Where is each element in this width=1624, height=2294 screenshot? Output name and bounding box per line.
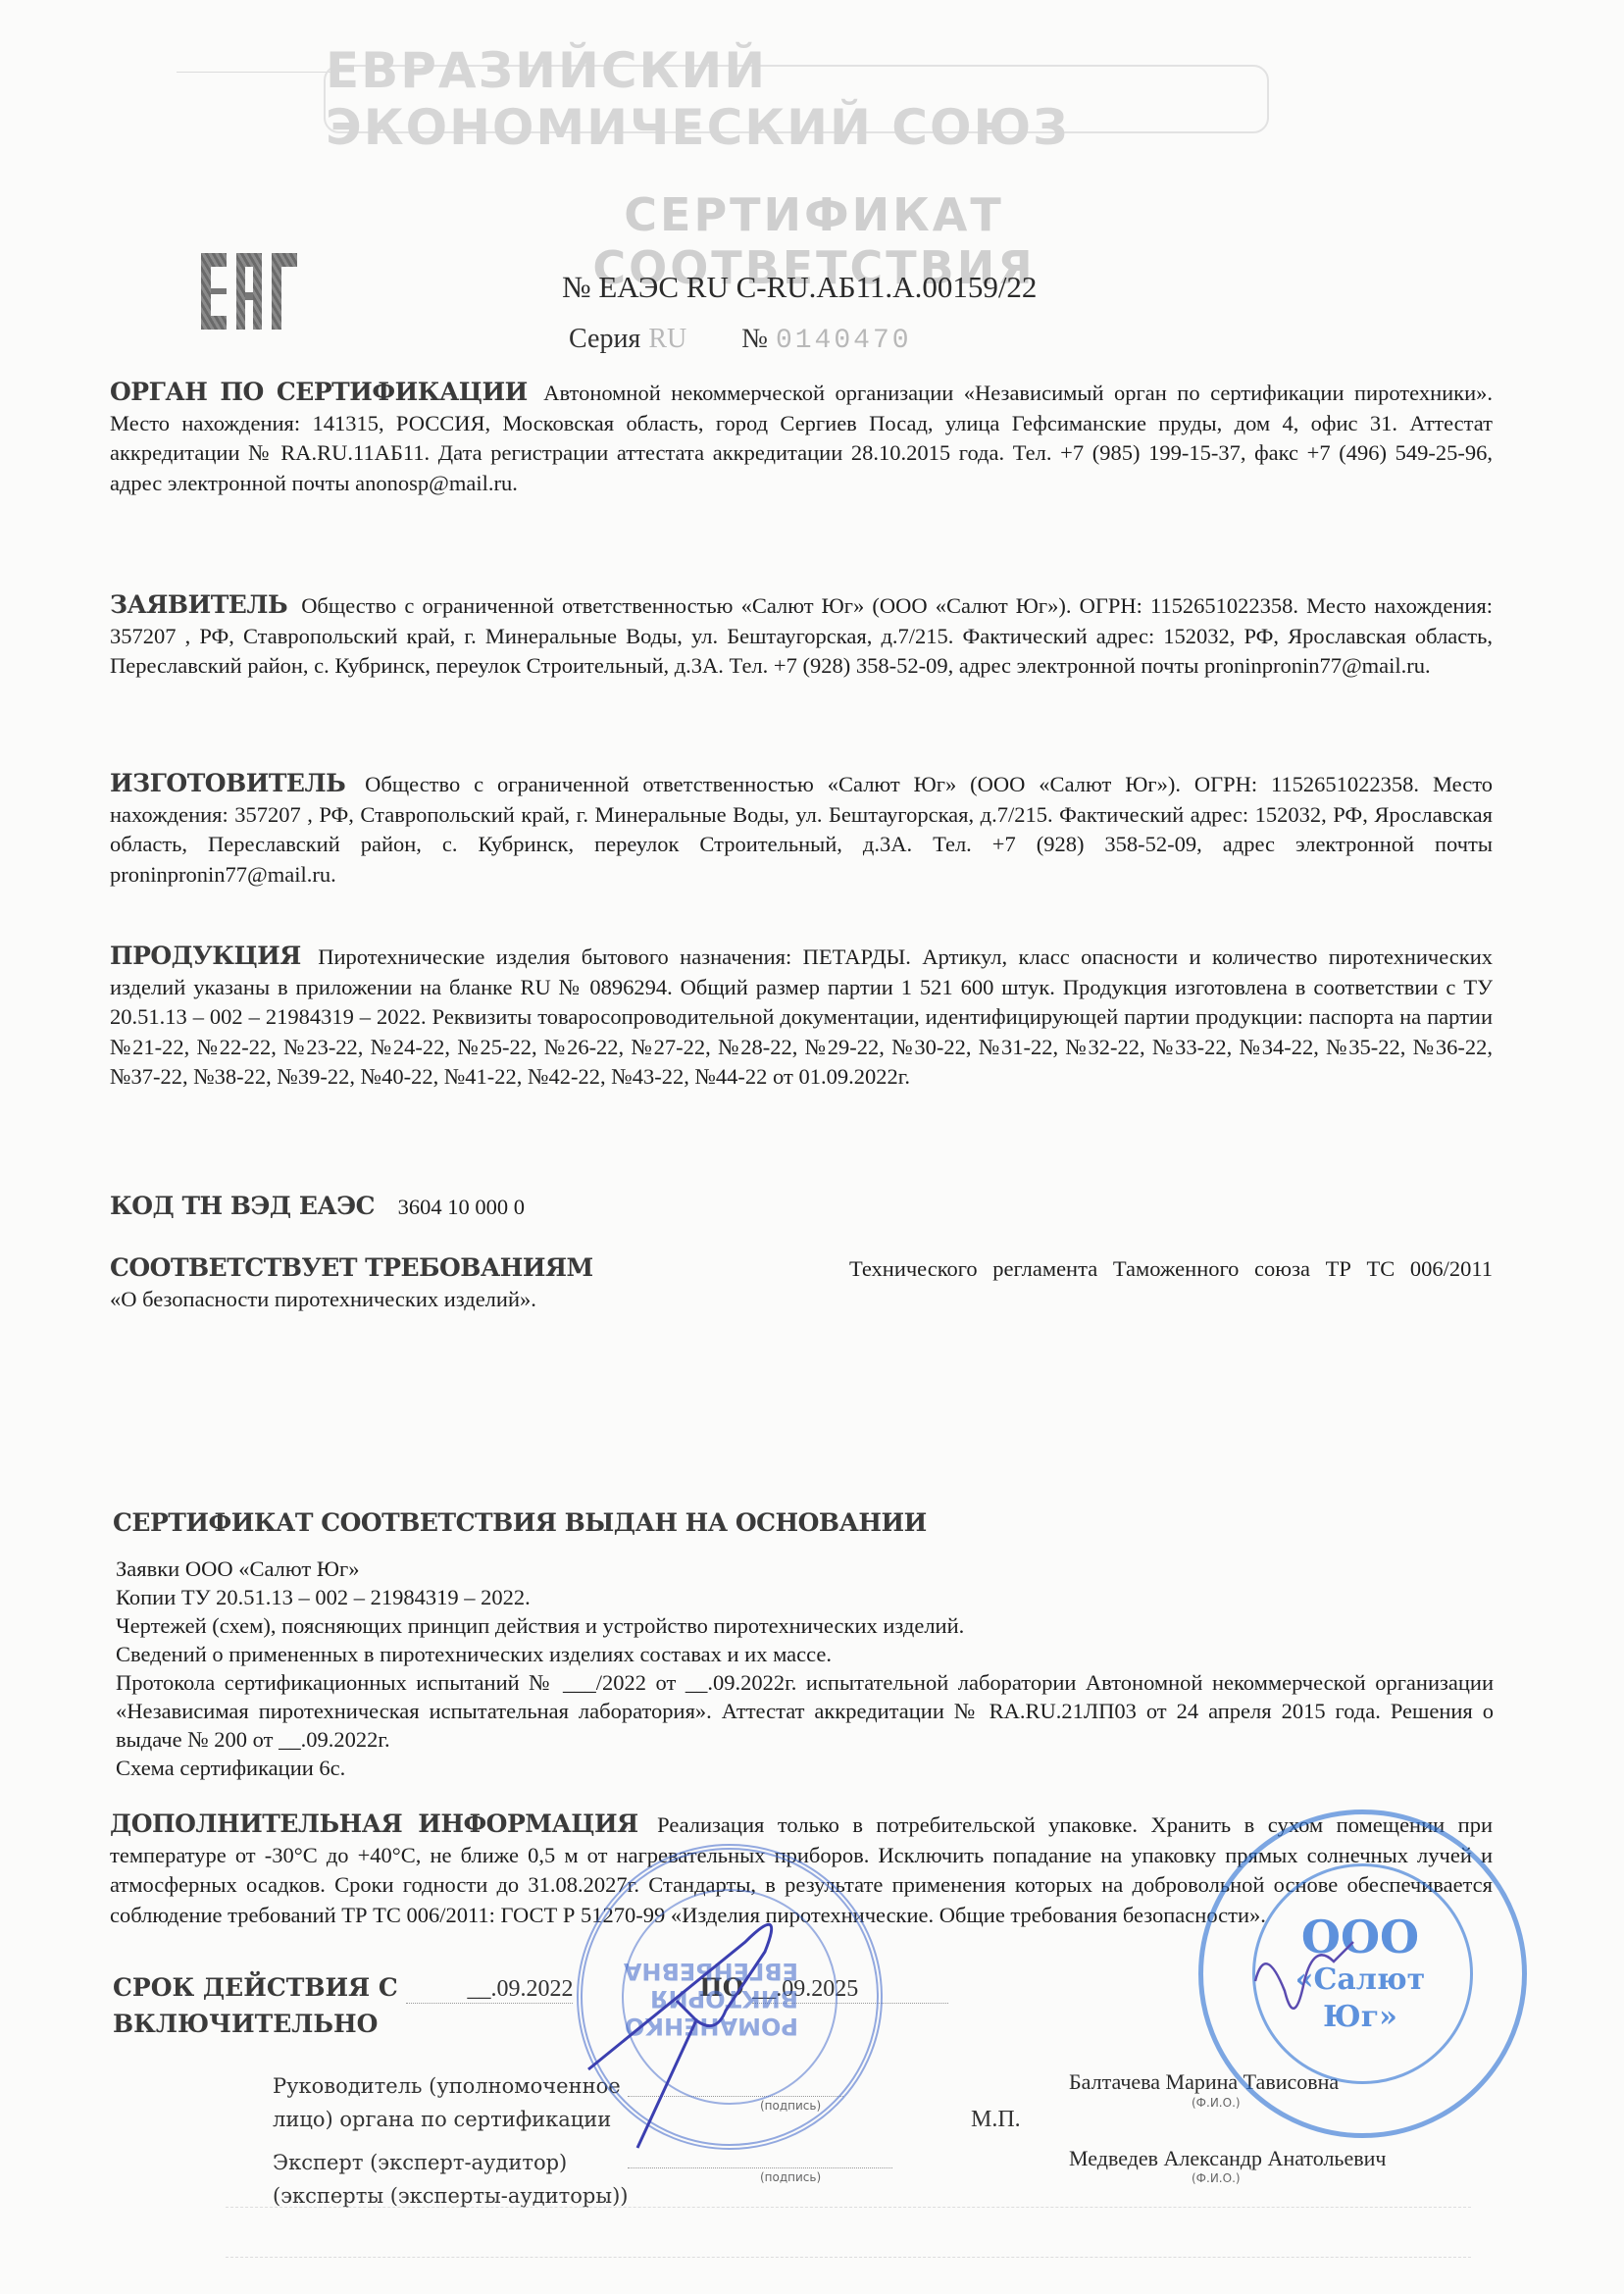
basis-item: Чертежей (схем), поясняющих принцип дейс…: [116, 1611, 1494, 1640]
eac-logo-icon: [201, 253, 309, 330]
additional-info-label: ДОПОЛНИТЕЛЬНАЯ ИНФОРМАЦИЯ: [110, 1810, 638, 1838]
union-banner: ЕВРАЗИЙСКИЙ ЭКОНОМИЧЕСКИЙ СОЮЗ: [324, 65, 1269, 133]
validity-from-label: СРОК ДЕЙСТВИЯ С: [113, 1973, 398, 2002]
stamp-org-line2: «Салют Юг»: [1262, 1962, 1458, 2036]
expert-signature-line: [628, 2167, 892, 2168]
applicant-section: ЗАЯВИТЕЛЬ Общество с ограниченной ответс…: [110, 590, 1493, 682]
product-text: Пиротехнические изделия бытового назначе…: [110, 944, 1493, 1089]
applicant-text: Общество с ограниченной ответственностью…: [110, 593, 1493, 678]
series-label: Серия: [569, 324, 640, 355]
conforms-text-line2: «О безопасности пиротехнических изделий»…: [110, 1285, 1493, 1315]
certification-body-label: ОРГАН ПО СЕРТИФИКАЦИИ: [110, 378, 528, 406]
expert-name: Медведев Александр Анатольевич: [1069, 2146, 1386, 2171]
head-label-line1: Руководитель (уполномоченное: [273, 2069, 621, 2103]
basis-item: Протокола сертификационных испытаний № _…: [116, 1668, 1494, 1754]
expert-name-hint: (Ф.И.О.): [1192, 2171, 1241, 2185]
conforms-section: СООТВЕТСТВУЕТ ТРЕБОВАНИЯМ Технического р…: [110, 1253, 1493, 1314]
seal-label: М.П.: [971, 2107, 1021, 2133]
applicant-label: ЗАЯВИТЕЛЬ: [110, 590, 287, 619]
expert-signature-hint: (подпись): [760, 2170, 821, 2184]
form-number-label: №: [741, 324, 768, 355]
eac-letter-c: [272, 253, 297, 330]
validity-to-label: ПО: [699, 1973, 743, 2002]
series-row: Серия RU № 0140470: [569, 324, 912, 356]
head-label-line2: лицо) органа по сертификации: [273, 2103, 621, 2136]
validity-period: СРОК ДЕЙСТВИЯ С __.09.2022 ПО __.09.2025…: [113, 1973, 948, 2038]
eac-letter-a: [236, 253, 262, 330]
certificate-page: ЕВРАЗИЙСКИЙ ЭКОНОМИЧЕСКИЙ СОЮЗ СЕРТИФИКА…: [0, 0, 1624, 2294]
head-name: Балтачева Марина Тависовна: [1069, 2069, 1339, 2095]
footer-band: [226, 2207, 1471, 2258]
hs-code-section: КОД ТН ВЭД ЕАЭС 3604 10 000 0: [110, 1192, 1493, 1223]
validity-date-from: __.09.2022: [406, 1976, 573, 2004]
basis-item: Схема сертификации 6с.: [116, 1754, 1494, 1782]
hs-code-label: КОД ТН ВЭД ЕАЭС: [110, 1192, 375, 1220]
validity-date-to: __.09.2025: [752, 1976, 948, 2004]
basis-item: Сведений о примененных в пиротехнических…: [116, 1640, 1494, 1668]
conforms-text-line1: Технического регламента Таможенного союз…: [849, 1254, 1493, 1285]
certification-body-section: ОРГАН ПО СЕРТИФИКАЦИИ Автономной некомме…: [110, 378, 1493, 498]
company-signature-icon: [1245, 1922, 1363, 2040]
head-name-hint: (Ф.И.О.): [1192, 2096, 1241, 2110]
head-signature-hint: (подпись): [760, 2099, 821, 2113]
manufacturer-section: ИЗГОТОВИТЕЛЬ Общество с ограниченной отв…: [110, 769, 1493, 890]
expert-label: Эксперт (эксперт-аудитор) (эксперты (экс…: [273, 2146, 628, 2213]
eac-letter-e: [201, 253, 227, 330]
conforms-label: СООТВЕТСТВУЕТ ТРЕБОВАНИЯМ: [110, 1253, 593, 1284]
head-label: Руководитель (уполномоченное лицо) орган…: [273, 2069, 621, 2136]
basis-item: Заявки ООО «Салют Юг»: [116, 1555, 1494, 1583]
product-section: ПРОДУКЦИЯ Пиротехнические изделия бытово…: [110, 942, 1493, 1093]
basis-item: Копии ТУ 20.51.13 – 002 – 21984319 – 202…: [116, 1583, 1494, 1611]
head-signature-line: [628, 2096, 843, 2097]
basis-list: Заявки ООО «Салют Юг» Копии ТУ 20.51.13 …: [116, 1555, 1494, 1782]
header-rule: [177, 72, 333, 73]
basis-heading: СЕРТИФИКАТ СООТВЕТСТВИЯ ВЫДАН НА ОСНОВАН…: [113, 1508, 927, 1537]
additional-info-section: ДОПОЛНИТЕЛЬНАЯ ИНФОРМАЦИЯ Реализация тол…: [110, 1810, 1493, 1930]
manufacturer-label: ИЗГОТОВИТЕЛЬ: [110, 769, 345, 797]
series-value: RU: [648, 324, 686, 355]
stamp-org: ООО «Салют Юг»: [1262, 1912, 1458, 2036]
expert-label-line1: Эксперт (эксперт-аудитор): [273, 2146, 628, 2179]
validity-inclusive-label: ВКЛЮЧИТЕЛЬНО: [113, 2010, 948, 2038]
certificate-number: № ЕАЭС RU С-RU.АБ11.А.00159/22: [562, 270, 1037, 305]
hs-code-value: 3604 10 000 0: [398, 1195, 525, 1219]
product-label: ПРОДУКЦИЯ: [110, 942, 301, 970]
form-number-value: 0140470: [776, 326, 912, 356]
